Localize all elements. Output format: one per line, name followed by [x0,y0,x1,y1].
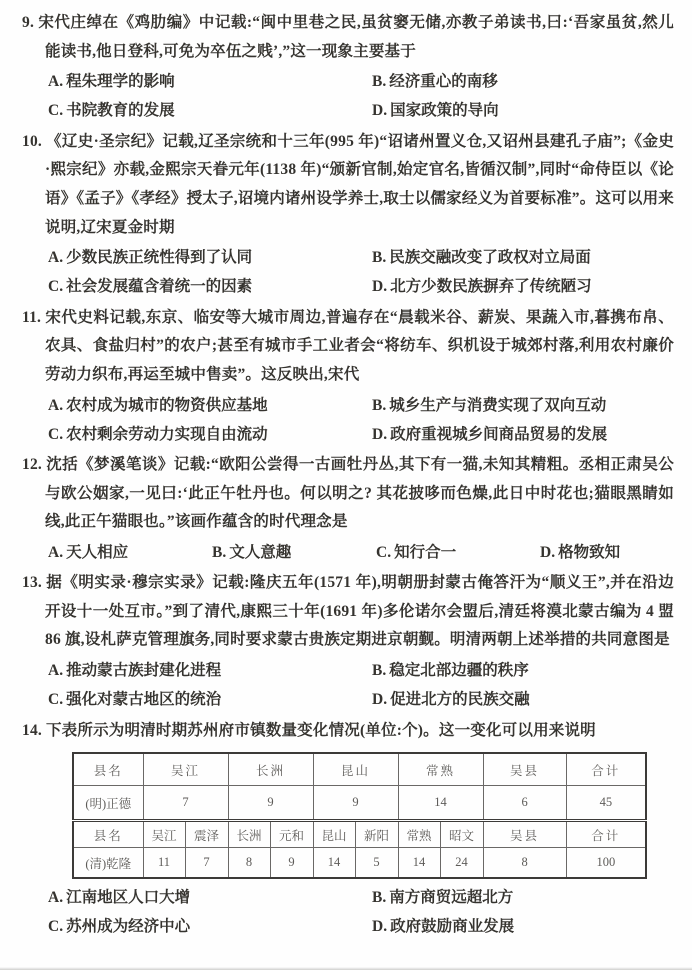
option-text: 稳定北部边疆的秩序 [389,662,529,679]
question-number: 13. [22,574,46,591]
option-text: 社会发展蕴含着统一的因素 [66,278,252,295]
question-14: 14.下表所示为明清时期苏州府市镇数量变化情况(单位:个)。这一变化可以用来说明… [22,717,674,942]
option-d: D.北方少数民族摒弃了传统陋习 [372,272,674,301]
table-row-ming-values: (明)正德 7 9 9 14 6 45 [73,786,646,821]
option-b: B.稳定北部边疆的秩序 [372,656,674,685]
option-letter: D. [372,691,390,708]
table-cell: 8 [228,848,270,879]
question-text: 12.沈括《梦溪笔谈》记载:“欧阳公尝得一古画牡丹丛,其下有一猫,未知其精粗。丞… [22,451,674,537]
option-text: 民族交融改变了政权对立局面 [389,249,591,266]
option-d: D.促进北方的民族交融 [372,685,674,714]
option-b: B.城乡生产与消费实现了双向互动 [372,391,674,420]
question-number: 12. [22,456,46,473]
option-d: D.政府鼓励商业发展 [372,912,674,941]
option-text: 促进北方的民族交融 [390,691,530,708]
table-cell: 14 [313,848,355,879]
option-letter: D. [372,102,390,119]
option-letter: C. [48,102,66,119]
options-group: A.江南地区人口大增 B.南方商贸远超北方 C.苏州成为经济中心 D.政府鼓励商… [48,883,674,942]
table-header-cell: 吴县 [483,753,566,786]
table-header-cell: 吴江 [143,821,185,848]
table-cell: 9 [228,786,313,821]
option-letter: C. [48,691,66,708]
question-text: 14.下表所示为明清时期苏州府市镇数量变化情况(单位:个)。这一变化可以用来说明 [22,717,674,746]
option-c: C.强化对蒙古地区的统治 [48,685,372,714]
option-text: 经济重心的南移 [389,73,498,90]
table-cell: 6 [483,786,566,821]
option-letter: B. [372,73,389,90]
option-letter: D. [372,278,390,295]
table-header-cell: 县名 [73,821,143,848]
option-letter: A. [48,544,66,561]
table-header-cell: 震泽 [185,821,228,848]
table-row-qing-header: 县名 吴江 震泽 长洲 元和 昆山 新阳 常熟 昭文 吴县 合计 [73,821,646,848]
option-b: B.经济重心的南移 [372,67,674,96]
question-text: 10.《辽史·圣宗纪》记载,辽圣宗统和十三年(995 年)“诏诸州置义仓,又诏州… [22,128,674,242]
table-header-cell: 吴县 [483,821,566,848]
question-stem: 据《明实录·穆宗实录》记载:隆庆五年(1571 年),明朝册封蒙古俺答汗为“顺义… [45,574,674,648]
table-header-cell: 常熟 [398,821,440,848]
question-number: 9. [22,14,38,31]
table-row-label: (明)正德 [73,786,143,821]
table-header-cell: 昆山 [313,753,398,786]
question-text: 9.宋代庄绰在《鸡肋编》中记载:“闽中里巷之民,虽贫窭无储,亦教子弟读书,曰:‘… [22,9,674,66]
table-header-cell: 合计 [566,821,646,848]
table-cell: 24 [440,848,483,879]
option-letter: B. [212,544,229,561]
option-a: A.少数民族正统性得到了认同 [48,243,372,272]
question-13: 13.据《明实录·穆宗实录》记载:隆庆五年(1571 年),明朝册封蒙古俺答汗为… [22,569,674,714]
question-text: 11.宋代史料记载,东京、临安等大城市周边,普遍存在“晨载米谷、薪炭、果蔬入市,… [22,304,674,390]
option-a: A.推动蒙古族封建化进程 [48,656,372,685]
options-group: A.农村成为城市的物资供应基地 B.城乡生产与消费实现了双向互动 C.农村剩余劳… [48,391,674,450]
table-header-cell: 长洲 [228,821,270,848]
table-header-cell: 元和 [270,821,313,848]
option-a: A.程朱理学的影响 [48,67,372,96]
option-text: 格物致知 [558,544,620,561]
option-letter: A. [48,73,66,90]
option-b: B.南方商贸远超北方 [372,883,674,912]
option-text: 书院教育的发展 [66,102,175,119]
table-cell: 8 [483,848,566,879]
option-text: 城乡生产与消费实现了双向互动 [389,397,606,414]
question-10: 10.《辽史·圣宗纪》记载,辽圣宗统和十三年(995 年)“诏诸州置义仓,又诏州… [22,128,674,302]
option-text: 南方商贸远超北方 [389,889,513,906]
option-letter: A. [48,889,66,906]
table-cell: 14 [398,786,483,821]
option-letter: A. [48,397,66,414]
option-text: 天人相应 [66,544,128,561]
option-d: D.国家政策的导向 [372,96,674,125]
table-cell: 100 [566,848,646,879]
option-b: B.民族交融改变了政权对立局面 [372,243,674,272]
option-text: 江南地区人口大增 [66,889,190,906]
option-letter: D. [540,544,558,561]
option-letter: C. [48,426,66,443]
option-letter: A. [48,662,66,679]
option-text: 农村成为城市的物资供应基地 [66,397,268,414]
table-header-cell: 昆山 [313,821,355,848]
question-stem: 宋代庄绰在《鸡肋编》中记载:“闽中里巷之民,虽贫窭无储,亦教子弟读书,曰:‘吾家… [38,14,674,60]
option-text: 苏州成为经济中心 [66,918,190,935]
table-cell: 9 [270,848,313,879]
question-11: 11.宋代史料记载,东京、临安等大城市周边,普遍存在“晨载米谷、薪炭、果蔬入市,… [22,304,674,449]
question-9: 9.宋代庄绰在《鸡肋编》中记载:“闽中里巷之民,虽贫窭无储,亦教子弟读书,曰:‘… [22,9,674,126]
option-a: A.农村成为城市的物资供应基地 [48,391,372,420]
option-text: 知行合一 [394,544,456,561]
table-cell: 5 [355,848,398,879]
option-a: A.江南地区人口大增 [48,883,372,912]
option-letter: C. [48,918,66,935]
table-row-label: (清)乾隆 [73,848,143,879]
table-cell: 14 [398,848,440,879]
option-letter: A. [48,249,66,266]
table-header-cell: 新阳 [355,821,398,848]
option-letter: B. [372,397,389,414]
option-letter: B. [372,662,389,679]
table-header-cell: 长洲 [228,753,313,786]
option-c: C.社会发展蕴含着统一的因素 [48,272,372,301]
table-header-cell: 合计 [566,753,646,786]
table-header-cell: 昭文 [440,821,483,848]
option-text: 推动蒙古族封建化进程 [66,662,221,679]
options-group: A.程朱理学的影响 B.经济重心的南移 C.书院教育的发展 D.国家政策的导向 [48,67,674,126]
options-group: A.天人相应 B.文人意趣 C.知行合一 D.格物致知 [48,538,674,567]
table-cell: 9 [313,786,398,821]
option-text: 文人意趣 [229,544,291,561]
option-letter: D. [372,918,390,935]
option-text: 政府鼓励商业发展 [390,918,514,935]
option-d: D.政府重视城乡间商品贸易的发展 [372,420,674,449]
option-letter: B. [372,889,389,906]
option-c: C.书院教育的发展 [48,96,372,125]
table-row-qing-values: (清)乾隆 11 7 8 9 14 5 14 24 8 100 [73,848,646,879]
option-letter: C. [48,278,66,295]
options-group: A.少数民族正统性得到了认同 B.民族交融改变了政权对立局面 C.社会发展蕴含着… [48,243,674,302]
option-text: 强化对蒙古地区的统治 [66,691,221,708]
option-text: 少数民族正统性得到了认同 [66,249,252,266]
question-12: 12.沈括《梦溪笔谈》记载:“欧阳公尝得一古画牡丹丛,其下有一猫,未知其精粗。丞… [22,451,674,567]
options-group: A.推动蒙古族封建化进程 B.稳定北部边疆的秩序 C.强化对蒙古地区的统治 D.… [48,656,674,715]
question-stem: 宋代史料记载,东京、临安等大城市周边,普遍存在“晨载米谷、薪炭、果蔬入市,暮携布… [45,309,674,383]
option-text: 北方少数民族摒弃了传统陋习 [390,278,592,295]
question-number: 14. [22,722,46,739]
table-cell: 7 [185,848,228,879]
table-header-cell: 吴江 [143,753,228,786]
table-cell: 45 [566,786,646,821]
question-number: 10. [22,133,46,150]
question-text: 13.据《明实录·穆宗实录》记载:隆庆五年(1571 年),明朝册封蒙古俺答汗为… [22,569,674,655]
option-a: A.天人相应 [48,538,212,567]
option-letter: D. [372,426,390,443]
table-row-ming-header: 县名 吴江 长洲 昆山 常熟 吴县 合计 [73,753,646,786]
option-c: C.苏州成为经济中心 [48,912,372,941]
option-text: 农村剩余劳动力实现自由流动 [66,426,268,443]
exam-page: 9.宋代庄绰在《鸡肋编》中记载:“闽中里巷之民,虽贫窭无储,亦教子弟读书,曰:‘… [0,0,692,970]
table-cell: 11 [143,848,185,879]
option-text: 国家政策的导向 [390,102,499,119]
option-c: C.知行合一 [376,538,540,567]
option-b: B.文人意趣 [212,538,376,567]
question-stem: 下表所示为明清时期苏州府市镇数量变化情况(单位:个)。这一变化可以用来说明 [46,722,596,739]
option-letter: C. [376,544,394,561]
market-town-count-table: 县名 吴江 长洲 昆山 常熟 吴县 合计 (明)正德 7 9 9 14 6 45… [72,752,647,879]
table-cell: 7 [143,786,228,821]
table-header-cell: 常熟 [398,753,483,786]
option-text: 政府重视城乡间商品贸易的发展 [390,426,607,443]
question-stem: 沈括《梦溪笔谈》记载:“欧阳公尝得一古画牡丹丛,其下有一猫,未知其精粗。丞相正肃… [45,456,674,530]
option-c: C.农村剩余劳动力实现自由流动 [48,420,372,449]
question-number: 11. [22,309,45,326]
question-stem: 《辽史·圣宗纪》记载,辽圣宗统和十三年(995 年)“诏诸州置义仓,又诏州县建孔… [45,133,674,236]
option-letter: B. [372,249,389,266]
option-d: D.格物致知 [540,538,674,567]
option-text: 程朱理学的影响 [66,73,175,90]
table-header-cell: 县名 [73,753,143,786]
